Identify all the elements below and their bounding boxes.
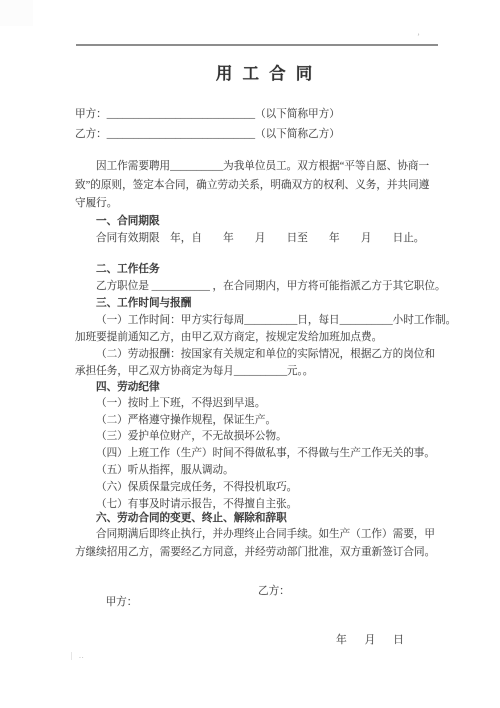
document-title: 用 工 合 同 [78,60,453,84]
scan-corner-artifact [0,0,33,26]
section-heading-2: 二、工作任务 [75,264,468,275]
doc-line: 方继续招用乙方，需要经乙方同意，并经劳动部门批准，双方重新签订合同。 [75,547,447,558]
contract-page: ’ 用 工 合 同 甲方：___________________________… [0,0,500,708]
scan-tick-mark: ’ [417,32,420,42]
doc-line: 合同有效期限 年，自 年 月 日至 年 月 日止。 [75,233,468,244]
doc-line: 乙方职位是 ___________ ，在合同期内，甲方将可能指派乙方于其它职位。 [75,281,468,292]
doc-line: 守履行。 [75,198,447,209]
doc-line: 承担任务，甲乙双方协商定为每月__________元。。 [75,366,447,377]
doc-line: （一）按时上下班，不得迟到早退。 [75,398,468,409]
party-a-signature-label: 甲方： [106,597,138,608]
doc-line: （五）听从指挥，服从调动。 [75,465,468,476]
doc-line: 致”的原则，签定本合同，确立劳动关系，明确双方的权利、义务，并共同遵 [75,180,447,191]
doc-line: （四）上班工作（生产）时间不得做私事，不得做与生产工作无关的事。 [75,448,468,459]
party-a-line: 甲方：____________________________（以下简称甲方） [75,109,447,120]
doc-line: （三）爱护单位财产，不无故损坏公物。 [75,431,468,442]
section-heading-6: 六、劳动合同的变更、终止、解除和辞职 [75,513,468,524]
section-heading-1: 一、合同期限 [75,216,468,227]
signature-row: 甲方： 乙方： [95,583,137,631]
doc-line: 合同期满后即终止执行，并办理终止合同手续。如生产（工作）需要，甲 [75,529,468,540]
doc-line: （六）保质保量完成任务，不得投机取巧。 [75,482,468,493]
section-heading-4: 四、劳动纪律 [75,382,468,393]
doc-line: （二）严格遵守操作规程，保证生产。 [75,415,468,426]
date-line: 年 月 日 [336,632,407,647]
section-heading-3: 三、工作时间与报酬 [75,298,468,309]
doc-line: 加班要提前通知乙方，由甲乙双方商定，按规定发给加班加点费。 [75,332,447,343]
footer-artifact: | ‥ [71,651,86,660]
doc-line: （七）有事及时请示报告，不得擅自主张。 [75,499,468,510]
doc-line: 因工作需要聘用__________为我单位员工。双方根据“平等自愿、协商一 [75,161,468,172]
doc-line: （一）工作时间：甲方实行每周__________日，每日__________小时… [75,315,468,326]
party-b-signature-label: 乙方： [258,583,290,598]
party-b-line: 乙方：____________________________（以下简称乙方） [75,129,447,140]
header-rule [76,44,438,46]
doc-line: （二）劳动报酬：按国家有关规定和单位的实际情况，根据乙方的岗位和 [75,349,468,360]
